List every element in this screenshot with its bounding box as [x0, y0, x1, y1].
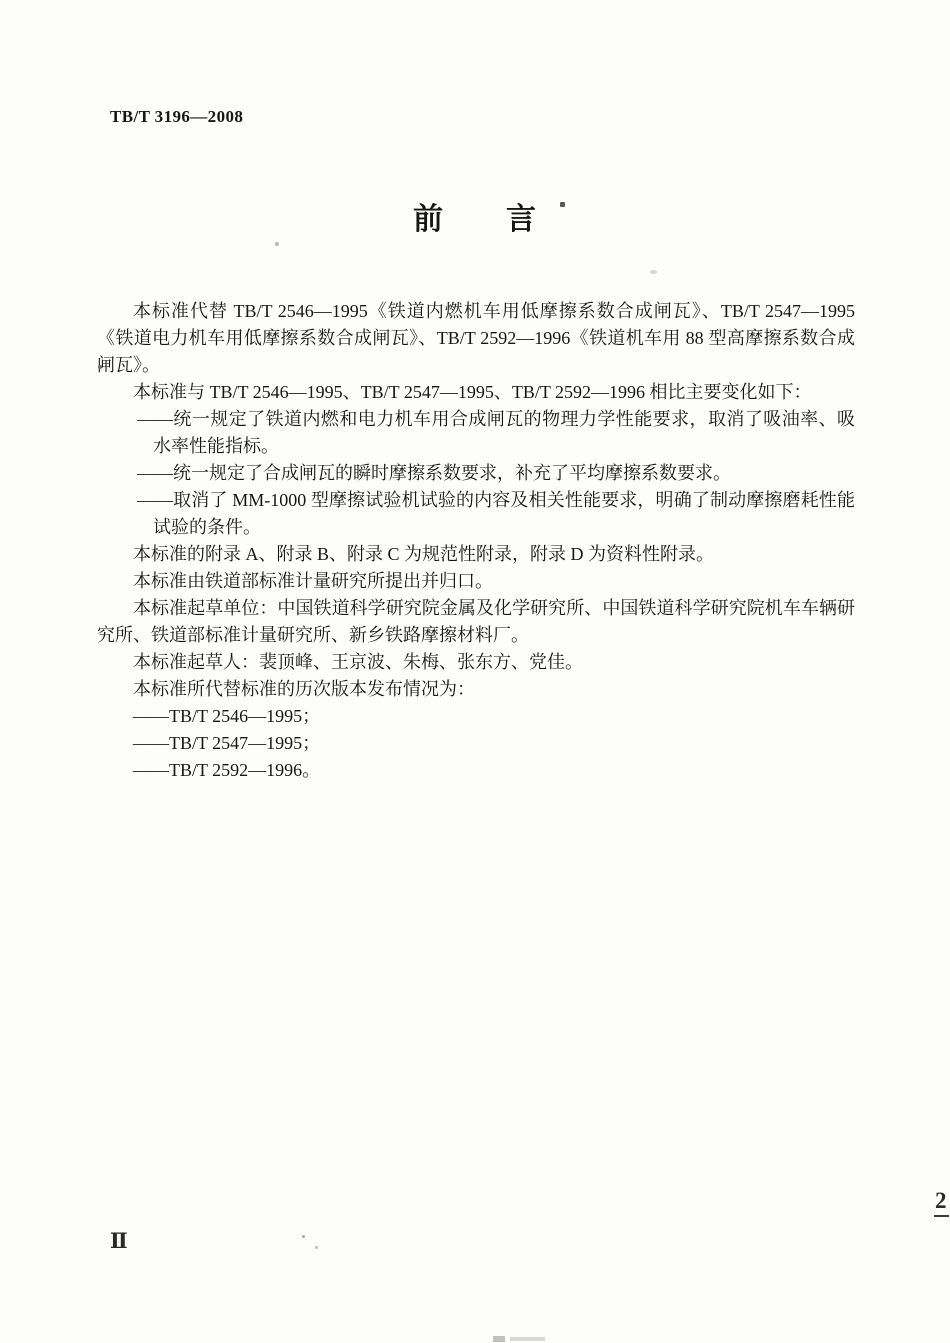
standard-number-header: TB/T 3196—2008 — [110, 107, 243, 127]
paragraph-history-item: ——TB/T 2547—1995； — [97, 730, 855, 757]
page-title: 前 言 — [0, 194, 950, 238]
scan-speck — [275, 242, 279, 246]
edge-mark: 2 — [934, 1188, 950, 1220]
scan-speck — [560, 202, 565, 207]
scan-artifact-segment — [510, 1337, 545, 1341]
edge-mark-text: 2 — [934, 1188, 949, 1217]
paragraph-history-intro: 本标准所代替标准的历次版本发布情况为： — [97, 676, 855, 703]
paragraph-annexes: 本标准的附录 A、附录 B、附录 C 为规范性附录，附录 D 为资料性附录。 — [97, 541, 855, 568]
paragraph-change-item: ——统一规定了合成闸瓦的瞬时摩擦系数要求，补充了平均摩擦系数要求。 — [97, 460, 855, 487]
paragraph-change-item: ——统一规定了铁道内燃和电力机车用合成闸瓦的物理力学性能要求，取消了吸油率、吸水… — [97, 406, 855, 460]
scan-speck — [315, 1246, 318, 1249]
scan-artifact-segment — [493, 1336, 505, 1342]
paragraph-change-item: ——取消了 MM-1000 型摩擦试验机试验的内容及相关性能要求，明确了制动摩擦… — [97, 487, 855, 541]
paragraph-drafting-units: 本标准起草单位：中国铁道科学研究院金属及化学研究所、中国铁道科学研究院机车车辆研… — [97, 595, 855, 649]
scan-speck — [650, 270, 657, 274]
page-number: Ⅱ — [110, 1228, 128, 1254]
paragraph-history-item: ——TB/T 2592—1996。 — [97, 757, 855, 784]
paragraph-history-item: ——TB/T 2546—1995； — [97, 703, 855, 730]
paragraph-issuing-body: 本标准由铁道部标准计量研究所提出并归口。 — [97, 568, 855, 595]
scan-artifact — [493, 1336, 547, 1342]
scan-speck — [98, 365, 102, 369]
document-page: TB/T 3196—2008 前 言 本标准代替 TB/T 2546—1995《… — [0, 0, 950, 1343]
scan-speck — [302, 1235, 305, 1238]
document-body: 本标准代替 TB/T 2546—1995《铁道内燃机车用低摩擦系数合成闸瓦》、T… — [97, 298, 855, 784]
paragraph-replaces: 本标准代替 TB/T 2546—1995《铁道内燃机车用低摩擦系数合成闸瓦》、T… — [97, 298, 855, 379]
paragraph-drafters: 本标准起草人：裴顶峰、王京波、朱梅、张东方、党佳。 — [97, 649, 855, 676]
paragraph-changes-intro: 本标准与 TB/T 2546—1995、TB/T 2547—1995、TB/T … — [97, 379, 855, 406]
